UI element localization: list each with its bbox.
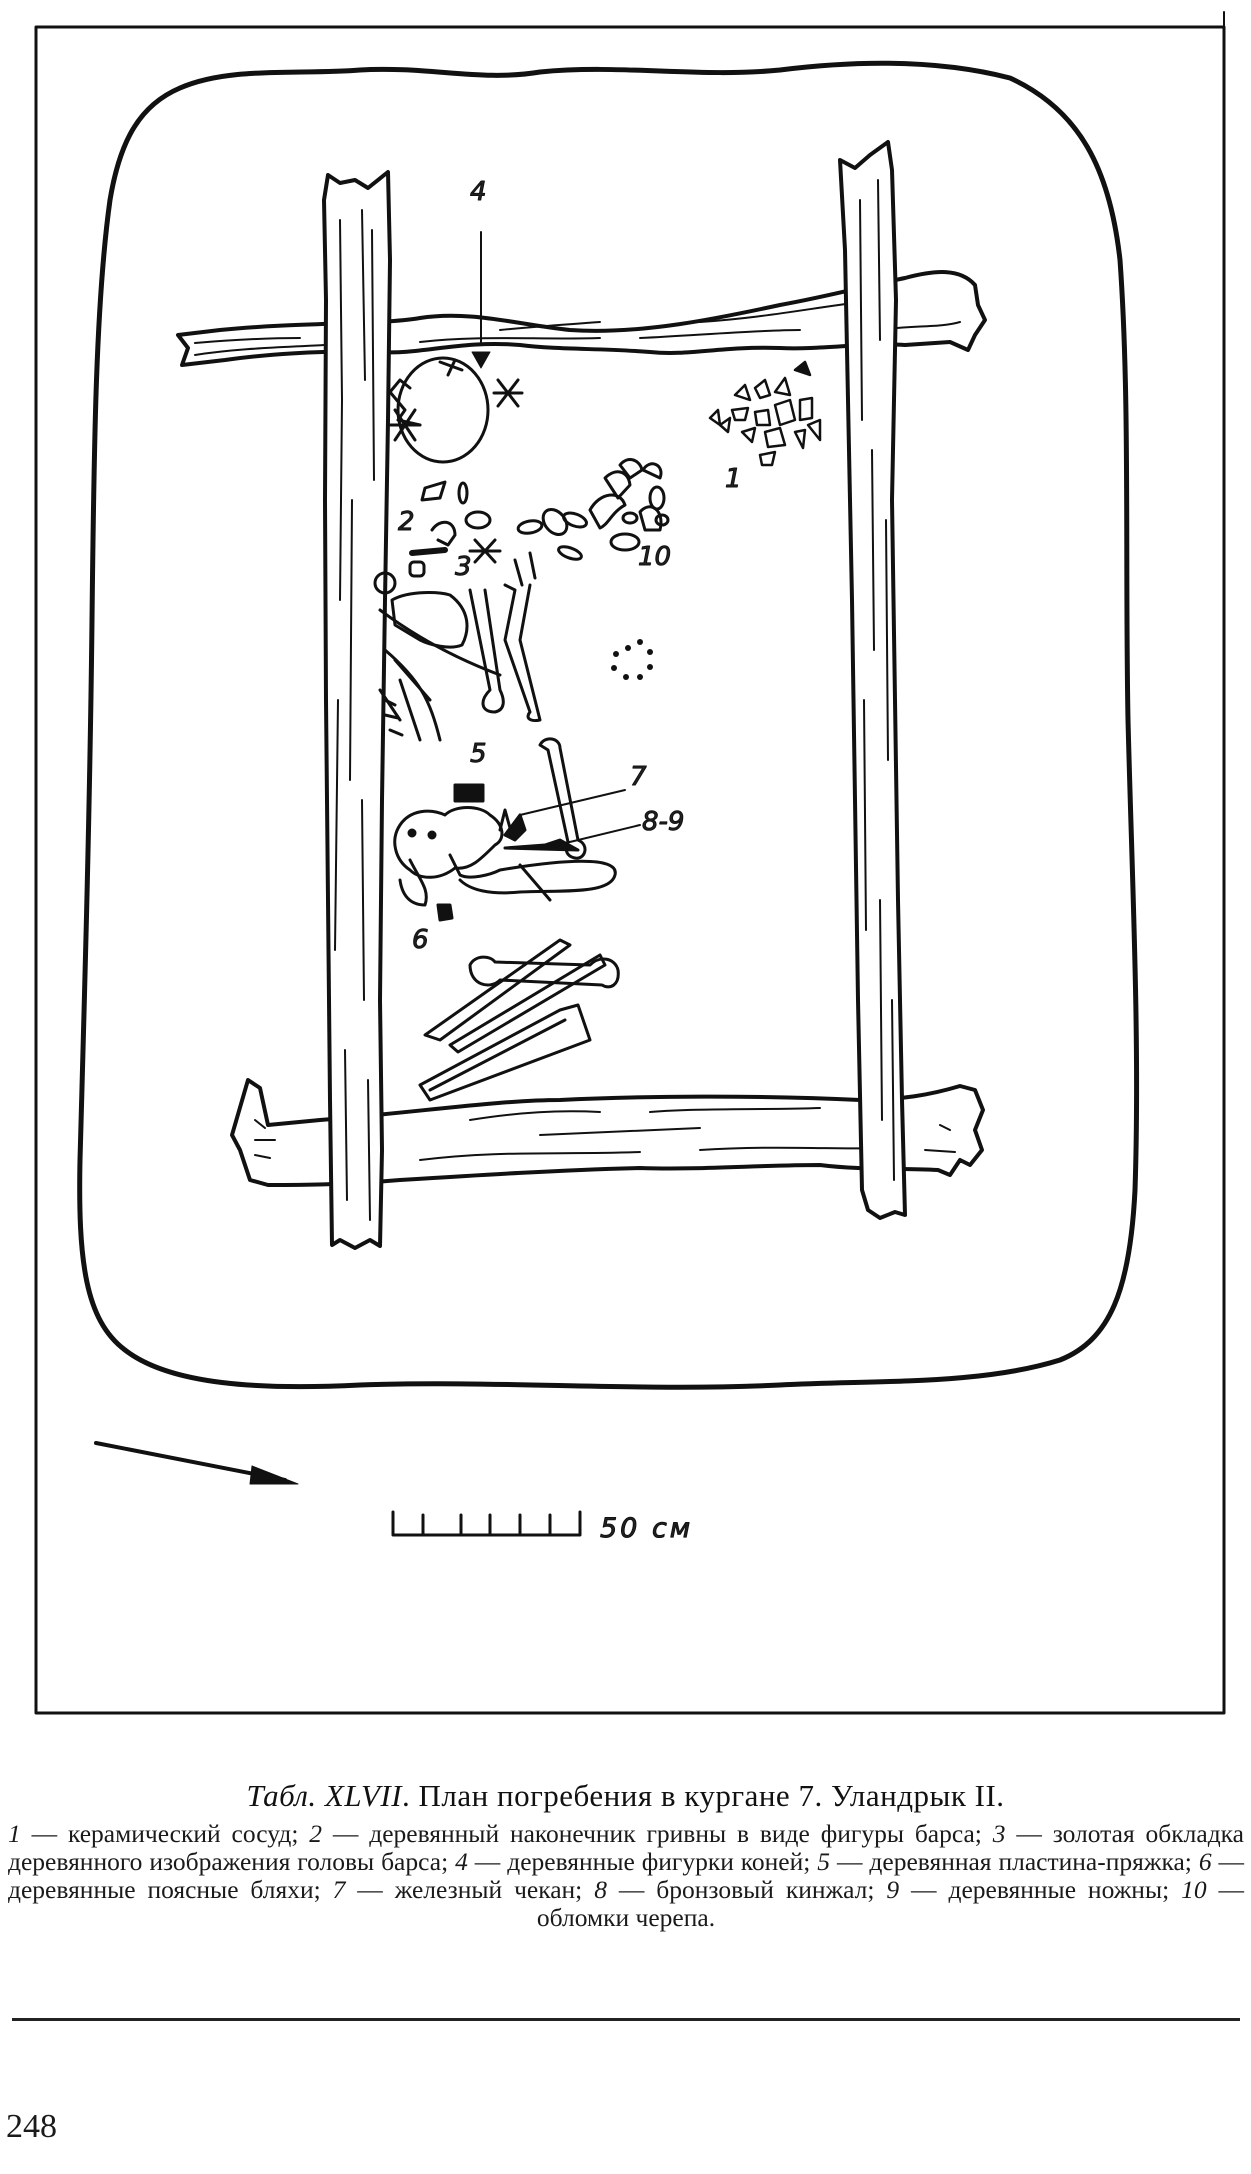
legend-text: — деревянный наконечник гривны в виде фи… [322,1819,993,1848]
scale-label: 50 см [600,1513,693,1544]
legend-text: — деревянные фигурки коней; [468,1847,817,1876]
right-post [840,142,905,1218]
label-1: 1 [725,464,742,494]
label-6: 6 [412,925,429,955]
label-5: 5 [470,739,487,769]
legend-number: 3 [993,1819,1006,1848]
legend-number: 5 [817,1847,830,1876]
legend-number: 4 [455,1847,468,1876]
legend-text: — деревянные ножны; [899,1875,1181,1904]
label-3: 3 [455,552,472,582]
pit-outline [80,63,1137,1387]
legend-number: 9 [886,1875,899,1904]
divider-rule [12,2018,1240,2021]
legend-text: — бронзовый кинжал; [607,1875,886,1904]
skeleton-bones [380,585,540,740]
skull [395,808,502,878]
legend-number: 2 [309,1819,322,1848]
caption-prefix: Табл. [246,1778,316,1813]
dotted-circle [611,639,653,680]
legend-text: — железный чекан; [345,1875,594,1904]
legend-number: 7 [333,1875,346,1904]
label-7: 7 [630,762,647,792]
caption-text: . План погребения в кургане 7. Уландрык … [402,1778,1005,1813]
label-4: 4 [470,177,487,207]
burial-plan-drawing: 4 1 2 3 10 5 7 8-9 6 50 см [0,0,1251,1720]
ceramic-sherds [710,362,820,465]
label-2: 2 [398,507,415,537]
burial-plan-figure: 4 1 2 3 10 5 7 8-9 6 50 см [0,0,1251,1720]
caption-legend: 1 — керамический сосуд; 2 — деревянный н… [8,1820,1244,1932]
arrow-icon [96,1443,298,1484]
legend-number: 6 [1199,1847,1212,1876]
legend-text: — керамический сосуд; [21,1819,310,1848]
legend-text: — деревянная пластина-пряжка; [830,1847,1199,1876]
plate-number: XLVII [325,1778,402,1813]
ceramic-vessel-pot [398,358,488,462]
plate-frame [36,27,1224,1713]
label-8-9: 8-9 [642,807,684,837]
label-10: 10 [638,542,671,572]
scale-bar [393,1512,580,1535]
legend-number: 8 [594,1875,607,1904]
belt-plaque [455,785,483,801]
legend-number: 1 [8,1819,21,1848]
left-post [324,172,390,1248]
legend-number: 10 [1181,1875,1207,1904]
page-number: 248 [6,2108,57,2146]
caption-title: Табл. XLVII. План погребения в кургане 7… [0,1778,1251,1814]
